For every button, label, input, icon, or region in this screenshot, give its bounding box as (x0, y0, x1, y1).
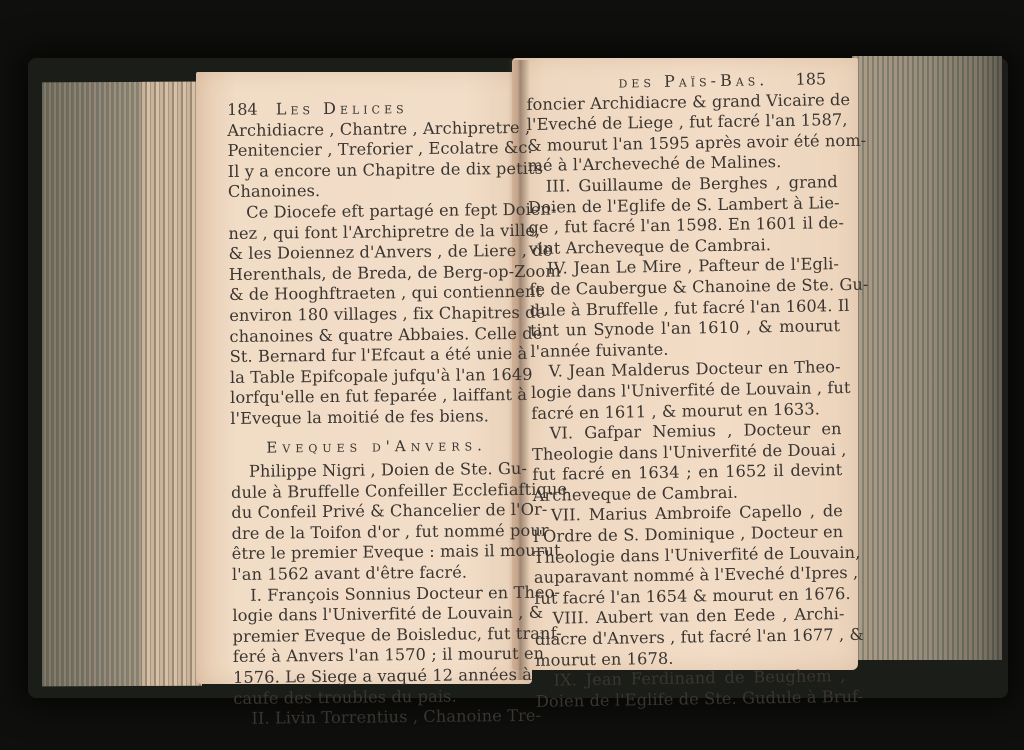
left-running-title: Les Delices (276, 98, 408, 118)
text-line: Il y a encore un Chapitre de dix petits (228, 159, 520, 183)
text-line: II. Livin Torrentius , Chanoine Tre- (233, 706, 525, 730)
right-page-text: des Païs-Bas. 185 foncier Archidiacre & … (526, 69, 846, 712)
text-line: environ 180 villages , fix Chapitres de (229, 303, 521, 327)
text-line: Ce Diocefe eft partagé en fept Doien- (228, 200, 520, 224)
book-photo: 184 Les Delices Archidiacre , Chantre , … (0, 0, 1024, 750)
text-line: logie dans l'Univerfité de Louvain , & (232, 603, 524, 627)
section-title: Eveques d'Anvers. (231, 434, 523, 458)
text-line: St. Bernard fur l'Efcaut a été unie à (230, 344, 522, 368)
text-line: 1576. Le Siege a vaqué 12 années à (233, 665, 525, 689)
text-line: du Confeil Privé & Chancelier de l'Or- (231, 500, 523, 524)
text-line: Penitencier , Treforier , Ecolatre &c. (227, 138, 519, 162)
text-line: l'Eveque la moitié de fes biens. (230, 406, 522, 430)
text-line: & les Doiennez d'Anvers , de Liere , de (229, 241, 521, 265)
text-line: Doien de l'Eglife de Ste. Gudule à Bruf- (536, 687, 846, 712)
right-page-number: 185 (795, 69, 826, 88)
left-page-stack (142, 82, 202, 686)
right-page-edges (852, 56, 1002, 660)
text-line: Philippe Nigri , Doien de Ste. Gu- (231, 459, 523, 483)
left-page-edges (42, 82, 202, 687)
left-page-number: 184 (227, 100, 258, 119)
text-line: être le premier Eveque : mais il mourut (232, 541, 524, 565)
left-page-text: 184 Les Delices Archidiacre , Chantre , … (227, 97, 526, 730)
right-running-title: des Païs-Bas. (618, 70, 768, 91)
text-line: lorfqu'elle en fut feparée , laiffant à (230, 385, 522, 409)
